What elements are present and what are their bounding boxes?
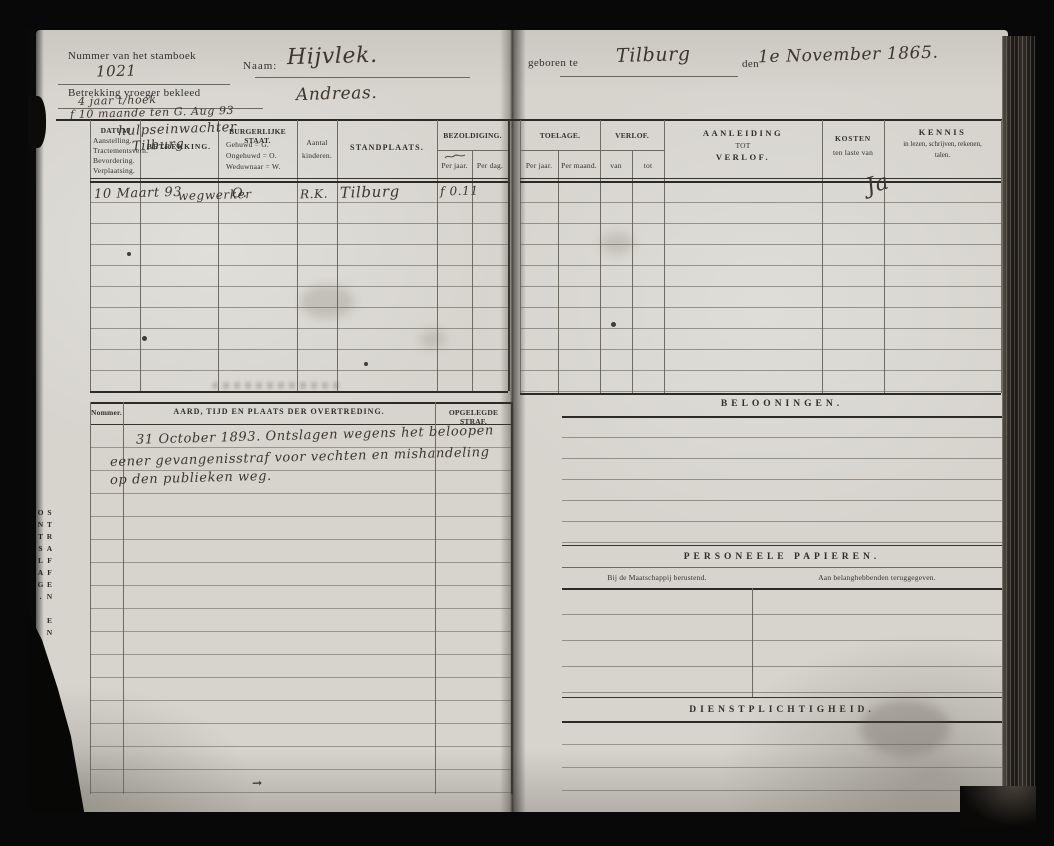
- group-separator: [437, 150, 508, 151]
- row1-burgerlijke-staat: O.: [232, 186, 248, 201]
- paper-stain: [300, 285, 354, 319]
- col-bez-perjaar: Per jaar.: [437, 161, 472, 170]
- geboorteplaats-handwriting: Tilburg: [616, 43, 691, 67]
- col-datum-line3: Bevordering.: [93, 156, 135, 165]
- straffen-top-line: [90, 402, 512, 404]
- col-kennis-3: talen.: [884, 151, 1001, 159]
- beloningen-bottom-line: [562, 545, 1002, 546]
- paper-stain: [420, 330, 446, 348]
- row1-per-jaar: f 0.11: [440, 183, 479, 198]
- col-verlof: VERLOF.: [600, 131, 664, 140]
- stamboek-underline: [58, 84, 230, 85]
- col-kennis-1: KENNIS: [884, 127, 1001, 137]
- den-label: den: [742, 58, 759, 70]
- col-verlof-van: van: [600, 161, 632, 170]
- straffen-col-nommer: Nommer.: [90, 408, 123, 417]
- col-bez-perdag: Per dag.: [472, 161, 508, 170]
- voornaam-handwriting: Andreas.: [296, 83, 378, 105]
- col-aanleiding-1: AANLEIDING: [664, 128, 822, 138]
- beloningen-title: BELOONINGEN.: [562, 399, 1002, 409]
- col-aanleiding-3: VERLOF.: [664, 152, 822, 162]
- row1-kerk: R.K.: [300, 187, 328, 202]
- row1-standplaats: Tilburg: [340, 182, 400, 202]
- ink-speck: [142, 336, 147, 341]
- page-edge-line: [508, 120, 510, 391]
- ink-speck: [364, 362, 368, 366]
- personeele-title-line: [562, 567, 1002, 568]
- col-kennis-2: in lezen, schrijven, rekenen,: [884, 140, 1001, 148]
- personeele-ruled-lines: [562, 589, 1002, 696]
- scan-edge-blob: [28, 96, 46, 148]
- col-bezoldiging: BEZOLDIGING.: [437, 131, 508, 140]
- bleedthrough-smudge: [212, 382, 340, 389]
- col-staat-line1: Gehuwd = G.: [226, 140, 269, 149]
- ruled-lines-left: [90, 182, 508, 392]
- naam-label: Naam:: [243, 60, 277, 72]
- geboren-underline: [560, 76, 738, 77]
- stamboek-label: Nummer van het stamboek: [68, 50, 196, 62]
- col-kinderen-line1: Aantal: [297, 138, 337, 147]
- personeele-col2: Aan belanghebbenden teruggegeven.: [752, 573, 1002, 582]
- ink-speck: [611, 322, 616, 327]
- ink-speck: [127, 252, 131, 256]
- col-toelage: TOELAGE.: [520, 131, 600, 140]
- col-kinderen-line2: kinderen.: [297, 151, 337, 160]
- straffen-col-aard: AARD, TIJD EN PLAATS DER OVERTREDING.: [123, 407, 435, 416]
- book-page-stack-edge: [1002, 36, 1036, 808]
- col-kosten-2: ten laste van: [822, 148, 884, 157]
- personeele-bottom-line: [562, 697, 1002, 698]
- col-aanleiding-2: TOT: [664, 141, 822, 150]
- paper-stain: [600, 232, 634, 254]
- ruled-lines-right: [520, 182, 1001, 392]
- personeele-title: PERSONEELE PAPIEREN.: [562, 552, 1002, 562]
- scribble-mark: [444, 153, 466, 160]
- col-standplaats: STANDPLAATS.: [337, 143, 437, 152]
- geboren-te-label: geboren te: [528, 57, 578, 69]
- table-bottom-line: [90, 391, 508, 393]
- col-staat-line2: Ongehuwd = O.: [226, 151, 277, 160]
- scanned-register-page: Nummer van het stamboek 1021 Betrekking …: [0, 0, 1054, 846]
- arrow-mark: →: [252, 776, 263, 790]
- group-separator: [520, 150, 664, 151]
- page-edge-line: [511, 402, 513, 794]
- table-header-line: [90, 178, 508, 179]
- col-datum-line4: Verplaatsing.: [93, 166, 135, 175]
- col-toe-permaand: Per maand.: [558, 161, 600, 170]
- col-betrekking: BETREKKING.: [140, 142, 218, 151]
- stamboek-number-handwriting: 1021: [96, 61, 137, 80]
- naam-handwriting: Hijvlek.: [287, 43, 378, 70]
- paper-stain: [860, 700, 950, 756]
- col-staat-line3: Weduwnaar = W.: [226, 162, 281, 171]
- naam-underline: [255, 77, 470, 78]
- col-verlof-tot: tot: [632, 161, 664, 170]
- book-corner-shadow: [960, 786, 1036, 826]
- beloningen-ruled-lines: [562, 417, 1002, 544]
- table-header-line: [520, 178, 1001, 179]
- col-toe-perjaar: Per jaar.: [520, 161, 558, 170]
- table-bottom-line: [520, 393, 1001, 395]
- row1-datum: 10 Maart 93: [94, 185, 183, 202]
- personeele-col1: Bij de Maatschappij berustend.: [562, 573, 752, 582]
- col-kosten-1: KOSTEN: [822, 134, 884, 143]
